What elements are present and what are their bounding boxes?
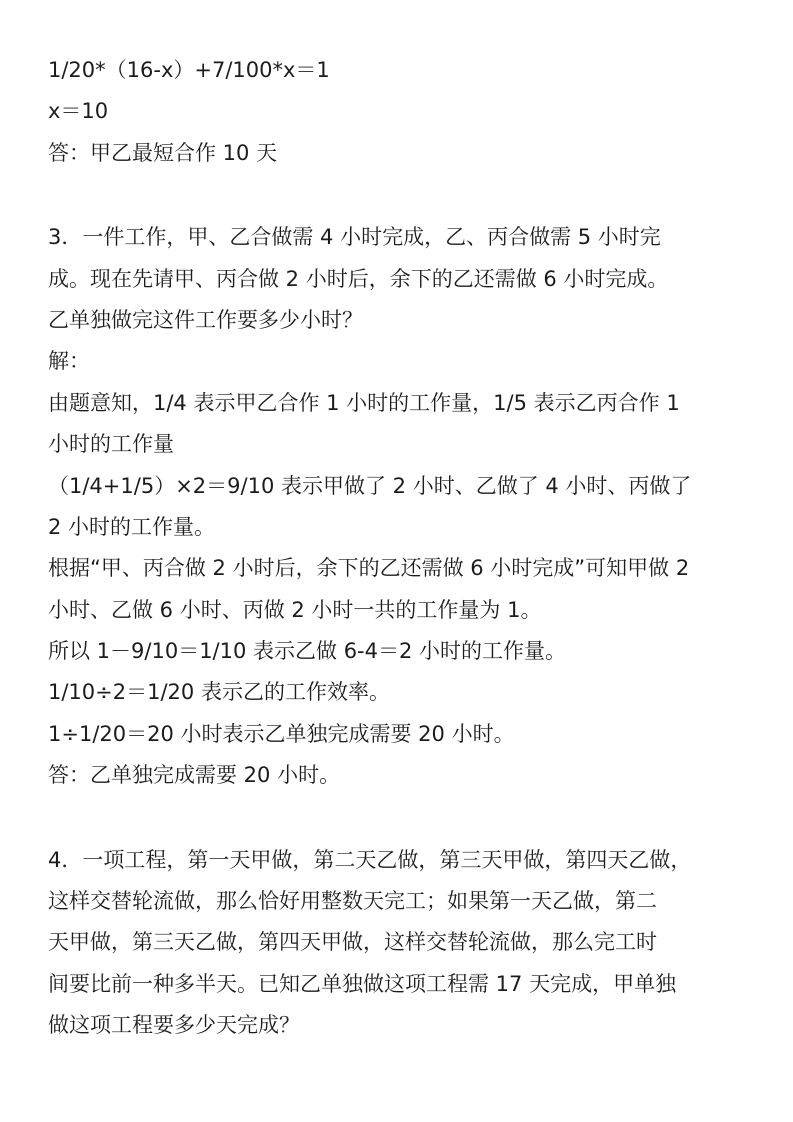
question-line: 天甲做，第三天乙做，第四天甲做，这样交替轮流做，那么完工时 xyxy=(48,922,753,963)
paragraph-gap xyxy=(48,174,753,217)
problem-4: 4．一项工程，第一天甲做，第二天乙做，第三天甲做，第四天乙做， 这样交替轮流做，… xyxy=(48,840,753,1047)
solution-line: 2 小时的工作量。 xyxy=(48,507,753,548)
question-line: 间要比前一种多半天。已知乙单独做这项工程需 17 天完成，甲单独 xyxy=(48,964,753,1005)
solution-line: 小时的工作量 xyxy=(48,424,753,465)
question-line: 成。现在先请甲、丙合做 2 小时后，余下的乙还需做 6 小时完成。 xyxy=(48,259,753,300)
equation-result: x＝10 xyxy=(48,91,753,132)
solution-line: 根据“甲、丙合做 2 小时后，余下的乙还需做 6 小时完成”可知甲做 2 xyxy=(48,548,753,589)
question-line: 做这项工程要多少天完成？ xyxy=(48,1005,753,1046)
question-line: 这样交替轮流做，那么恰好用整数天完工；如果第一天乙做，第二 xyxy=(48,881,753,922)
equation-line: 1/20*（16-x）+7/100*x＝1 xyxy=(48,50,753,91)
solution-label: 解： xyxy=(48,341,753,382)
solution-line: 小时、乙做 6 小时、丙做 2 小时一共的工作量为 1。 xyxy=(48,590,753,631)
solution-line: 由题意知，1/4 表示甲乙合作 1 小时的工作量，1/5 表示乙丙合作 1 xyxy=(48,383,753,424)
answer-line: 答：甲乙最短合作 10 天 xyxy=(48,133,753,174)
document-page: 1/20*（16-x）+7/100*x＝1 x＝10 答：甲乙最短合作 10 天… xyxy=(48,50,753,1047)
question-line: 3．一件工作，甲、乙合做需 4 小时完成，乙、丙合做需 5 小时完 xyxy=(48,217,753,258)
question-line: 4．一项工程，第一天甲做，第二天乙做，第三天甲做，第四天乙做， xyxy=(48,840,753,881)
previous-solution-continuation: 1/20*（16-x）+7/100*x＝1 x＝10 答：甲乙最短合作 10 天 xyxy=(48,50,753,174)
question-line: 乙单独做完这件工作要多少小时？ xyxy=(48,300,753,341)
problem-3: 3．一件工作，甲、乙合做需 4 小时完成，乙、丙合做需 5 小时完 成。现在先请… xyxy=(48,217,753,796)
solution-line: 1/10÷2＝1/20 表示乙的工作效率。 xyxy=(48,672,753,713)
solution-line: （1/4+1/5）×2＝9/10 表示甲做了 2 小时、乙做了 4 小时、丙做了 xyxy=(48,466,753,507)
answer-line: 答：乙单独完成需要 20 小时。 xyxy=(48,755,753,796)
solution-line: 所以 1－9/10＝1/10 表示乙做 6-4＝2 小时的工作量。 xyxy=(48,631,753,672)
solution-line: 1÷1/20＝20 小时表示乙单独完成需要 20 小时。 xyxy=(48,714,753,755)
paragraph-gap xyxy=(48,797,753,840)
